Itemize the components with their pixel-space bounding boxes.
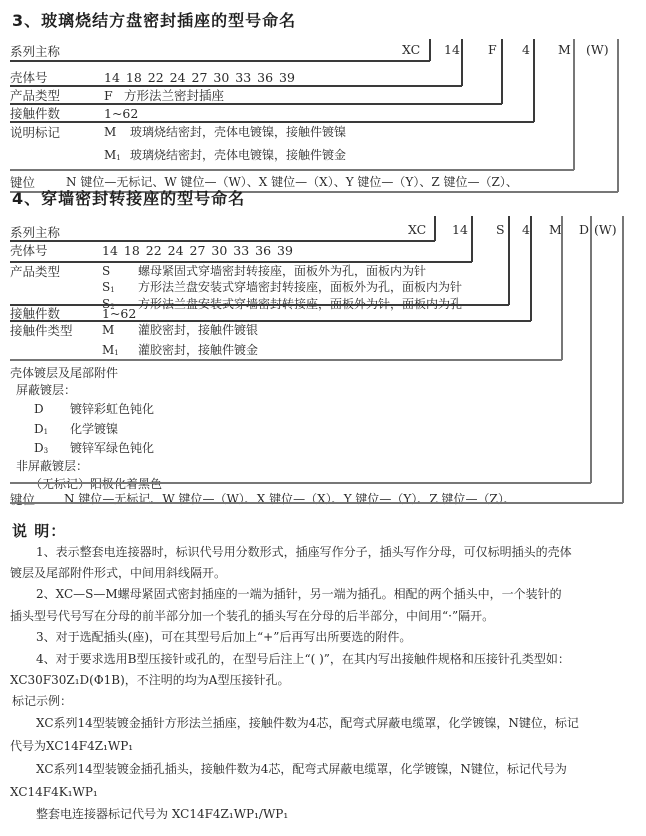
s4-bracket-type-v: [508, 216, 510, 305]
s3-bracket-type-h: [10, 103, 502, 105]
s3-bracket-xc-v: [429, 39, 431, 61]
example-1-line-1: XC系列14型装镀金插针方形法兰插座，接触件数为4芯，配弯式屏蔽电缆罩，化学镀镍…: [36, 716, 579, 731]
note-1-line-2: 镀层及尾部附件形式，中间用斜线隔开。: [10, 566, 226, 581]
s4-ctype-code-1: M: [102, 323, 114, 338]
s3-code-xc: XC: [402, 42, 420, 57]
s4-nonshield-label: 非屏蔽镀层：: [16, 459, 88, 474]
s3-code-key: (W): [586, 42, 609, 57]
s3-shell-values: 14 18 22 24 27 30 33 36 39: [104, 70, 295, 85]
s4-bracket-plating-h: [10, 482, 591, 484]
s3-bracket-shell-h: [10, 85, 462, 87]
example-2-line-2: XC14F4K₁WP₁: [10, 785, 98, 800]
note-2-line-2: 插头型号代号写在分母的前半部分加一个装孔的插头写在分母的后半部分，中间用“·”隔…: [10, 609, 494, 624]
s4-ctype-label: 接触件类型: [10, 323, 73, 338]
note-2-line-1: 2、XC—S—M螺母紧固式密封插座的一端为插针，另一端为插孔。相配的两个插头中，…: [36, 587, 562, 602]
s4-contacts-value: 1~62: [102, 306, 136, 321]
s4-code-type: S: [496, 222, 505, 237]
s4-bracket-key-v: [622, 216, 624, 503]
example-title: 标记示例：: [12, 694, 72, 709]
section3-title: 3、玻璃烧结方盘密封插座的型号命名: [12, 8, 296, 31]
s4-type-label: 产品类型: [10, 264, 60, 279]
notes-title: 说 明：: [12, 520, 66, 541]
s3-bracket-shell-v: [461, 39, 463, 86]
s4-bracket-plating-v: [590, 216, 592, 483]
s4-type-desc-1: 螺母紧固式穿墙密封转接座，面板外为孔，面板内为针: [138, 264, 426, 279]
s4-bracket-xc-v: [434, 216, 436, 241]
s3-type-code: F: [104, 88, 113, 103]
note-1-line-1: 1、表示整套电连接器时，标识代号用分数形式，插座写作分子，插头写作分母，可仅标明…: [36, 545, 572, 560]
s4-bracket-contacts-v: [530, 216, 532, 321]
s4-bracket-ctype-v: [561, 216, 563, 360]
s4-shield-desc-2: 化学镀镍: [70, 422, 118, 437]
s4-shield-code-2: D1: [34, 422, 48, 440]
s4-code-key: (W): [594, 222, 617, 237]
s3-note-label: 说明标记: [10, 125, 60, 140]
note-4-line-2: XC30F30Z₁D(Φ1B)，不注明的均为A型压接针孔。: [10, 673, 289, 688]
s4-shield-desc-3: 镀锌军绿色钝化: [70, 441, 154, 456]
s3-bracket-type-v: [501, 39, 503, 104]
s4-type-code-2: S1: [102, 280, 115, 298]
example-1-line-2: 代号为XC14F4Z₁WP₁: [10, 739, 133, 754]
s3-contacts-value: 1~62: [104, 106, 138, 121]
s4-plating-label: 壳体镀层及尾部附件: [10, 366, 118, 381]
s4-contacts-label: 接触件数: [10, 306, 60, 321]
example-3: 整套电连接器标记代号为 XC14F4Z₁WP₁/WP₁: [36, 807, 288, 822]
s3-contacts-label: 接触件数: [10, 106, 60, 121]
s3-note-code-1: M: [104, 125, 116, 140]
s4-code-ctype: M: [549, 222, 562, 237]
s3-bracket-note-h: [10, 169, 574, 171]
s3-code-shell: 14: [444, 42, 460, 57]
s4-code-contacts: 4: [522, 222, 530, 237]
s4-shell-values: 14 18 22 24 27 30 33 36 39: [102, 243, 293, 258]
s4-bracket-type-h: [10, 304, 509, 306]
s4-type-code-1: S: [102, 264, 110, 279]
s4-shell-label: 壳体号: [10, 243, 48, 258]
section4-title: 4、穿墙密封转接座的型号命名: [12, 186, 245, 209]
s3-series-label: 系列主称: [10, 44, 60, 59]
s4-bracket-ctype-h: [10, 359, 562, 361]
s4-type-desc-2: 方形法兰盘安装式穿墙密封转接座，面板外为孔，面板内为针: [138, 280, 462, 295]
s4-ctype-desc-1: 灌胶密封，接触件镀银: [138, 323, 258, 338]
s3-bracket-note-v: [573, 39, 575, 170]
s4-code-xc: XC: [408, 222, 426, 237]
s4-bracket-contacts-h: [10, 320, 531, 322]
s3-shell-label: 壳体号: [10, 70, 48, 85]
s3-note-desc-2: 玻璃烧结密封，壳体电镀镍，接触件镀金: [130, 148, 346, 163]
s4-shield-code-3: D3: [34, 441, 48, 459]
s3-bracket-xc-h: [10, 60, 430, 62]
s3-code-note: M: [558, 42, 571, 57]
s4-key-desc: N 键位—无标记、W 键位—（W）、X 键位—（X）、Y 键位—（Y）、Z 键位…: [64, 492, 516, 507]
example-2-line-1: XC系列14型装镀金插孔插头，接触件数为4芯，配弯式屏蔽电缆罩，化学镀镍，N键位…: [36, 762, 567, 777]
s3-bracket-key-v: [617, 39, 619, 192]
s4-shield-label: 屏蔽镀层：: [16, 383, 76, 398]
s3-note-code-2: M1: [104, 148, 121, 166]
s4-nonshield-desc: （无标记）阳极化着黑色: [30, 477, 162, 492]
s3-note-desc-1: 玻璃烧结密封，壳体电镀镍，接触件镀镍: [130, 125, 346, 140]
s4-code-shell: 14: [452, 222, 468, 237]
s4-bracket-xc-h: [10, 240, 435, 242]
s4-key-label: 键位: [10, 492, 35, 507]
s4-ctype-desc-2: 灌胶密封，接触件镀金: [138, 343, 258, 358]
s3-code-contacts: 4: [522, 42, 530, 57]
s4-code-plating: D: [579, 222, 589, 237]
s4-bracket-shell-h: [10, 261, 472, 263]
s4-shield-desc-1: 镀锌彩虹色钝化: [70, 402, 154, 417]
s3-code-type: F: [488, 42, 497, 57]
s4-shield-code-1: D: [34, 402, 44, 417]
s3-type-label: 产品类型: [10, 88, 60, 103]
s4-bracket-shell-v: [471, 216, 473, 262]
s3-bracket-contacts-v: [533, 39, 535, 122]
s3-bracket-contacts-h: [10, 121, 534, 123]
s3-type-desc: 方形法兰密封插座: [124, 88, 224, 103]
note-4-line-1: 4、对于要求选用B型压接针或孔的，在型号后注上“( )”，在其内写出接触件规格和…: [36, 652, 570, 667]
note-3: 3、对于选配插头(座)，可在其型号后加上“+”后再写出所要选的附件。: [36, 630, 411, 645]
s4-series-label: 系列主称: [10, 225, 60, 240]
s4-bracket-key-h: [10, 502, 623, 504]
